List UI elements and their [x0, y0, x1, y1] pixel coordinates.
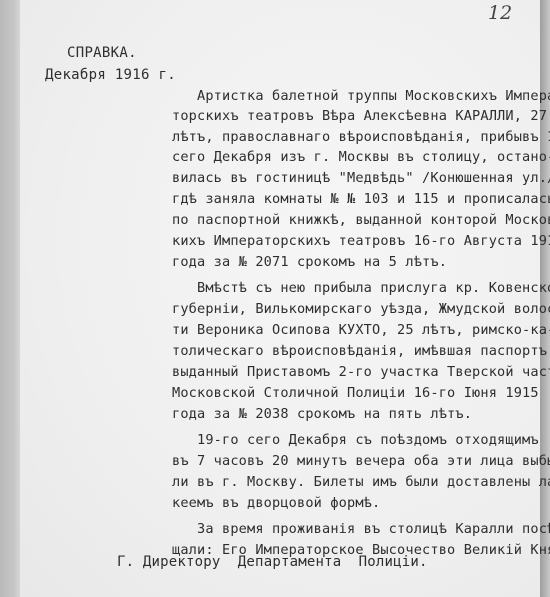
text-line: лѣтъ, православнаго вѣроисповѣданія, при… [172, 129, 550, 145]
text-line: выданный Приставомъ 2-го участка Тверско… [172, 364, 550, 380]
text-line: Артистка балетной труппы Московскихъ Имп… [172, 88, 550, 104]
text-line: 19-го сего Декабря съ поѣздомъ отходящим… [172, 432, 539, 448]
text-line: въ 7 часовъ 20 минутъ вечера оба эти лиц… [172, 453, 550, 469]
document-date: Декабря 1916 г. [45, 67, 176, 83]
text-line: года за № 2038 срокомъ на пять лѣтъ. [172, 406, 472, 422]
text-line: толическаго вѣроисповѣданія, имѣвшая пас… [172, 343, 547, 359]
text-line: ти Вероника Осипова КУХТО, 25 лѣтъ, римс… [172, 322, 550, 338]
text-line: Московской Столичной Полиціи 16-го Іюня … [172, 385, 539, 401]
text-line: гдѣ заняла комнаты № № 103 и 115 и пропи… [172, 191, 550, 207]
text-line: кихъ Императорскихъ театровъ 16-го Авгус… [172, 233, 550, 249]
text-line: вилась въ гостиницѣ "Медвѣдь" /Конюшенна… [172, 170, 550, 186]
text-line: кеемъ въ дворцовой формѣ. [172, 495, 380, 511]
text-line: года за № 2071 срокомъ на 5 лѣтъ. [172, 254, 447, 270]
text-line: по паспортной книжкѣ, выданной конторой … [172, 212, 550, 228]
addressee: Г. Директору Департамента Полиціи. [117, 554, 428, 570]
text-line: губерніи, Вилькомирскаго уѣзда, Жмудской… [172, 301, 550, 317]
text-line: За время проживанія въ столицѣ Каралли п… [172, 521, 550, 537]
document-heading: СПРАВКА. [67, 45, 137, 61]
text-line: ли въ г. Москву. Билеты имъ были доставл… [172, 474, 550, 490]
page-number: 12 [488, 2, 512, 24]
scan-left-margin [0, 0, 20, 597]
text-line: торскихъ театровъ Вѣра Алексѣевна КАРАЛЛ… [172, 108, 547, 124]
text-line: Вмѣстѣ съ нею прибыла прислуга кр. Ковен… [172, 280, 550, 296]
text-line: сего Декабря изъ г. Москвы въ столицу, о… [172, 149, 550, 165]
